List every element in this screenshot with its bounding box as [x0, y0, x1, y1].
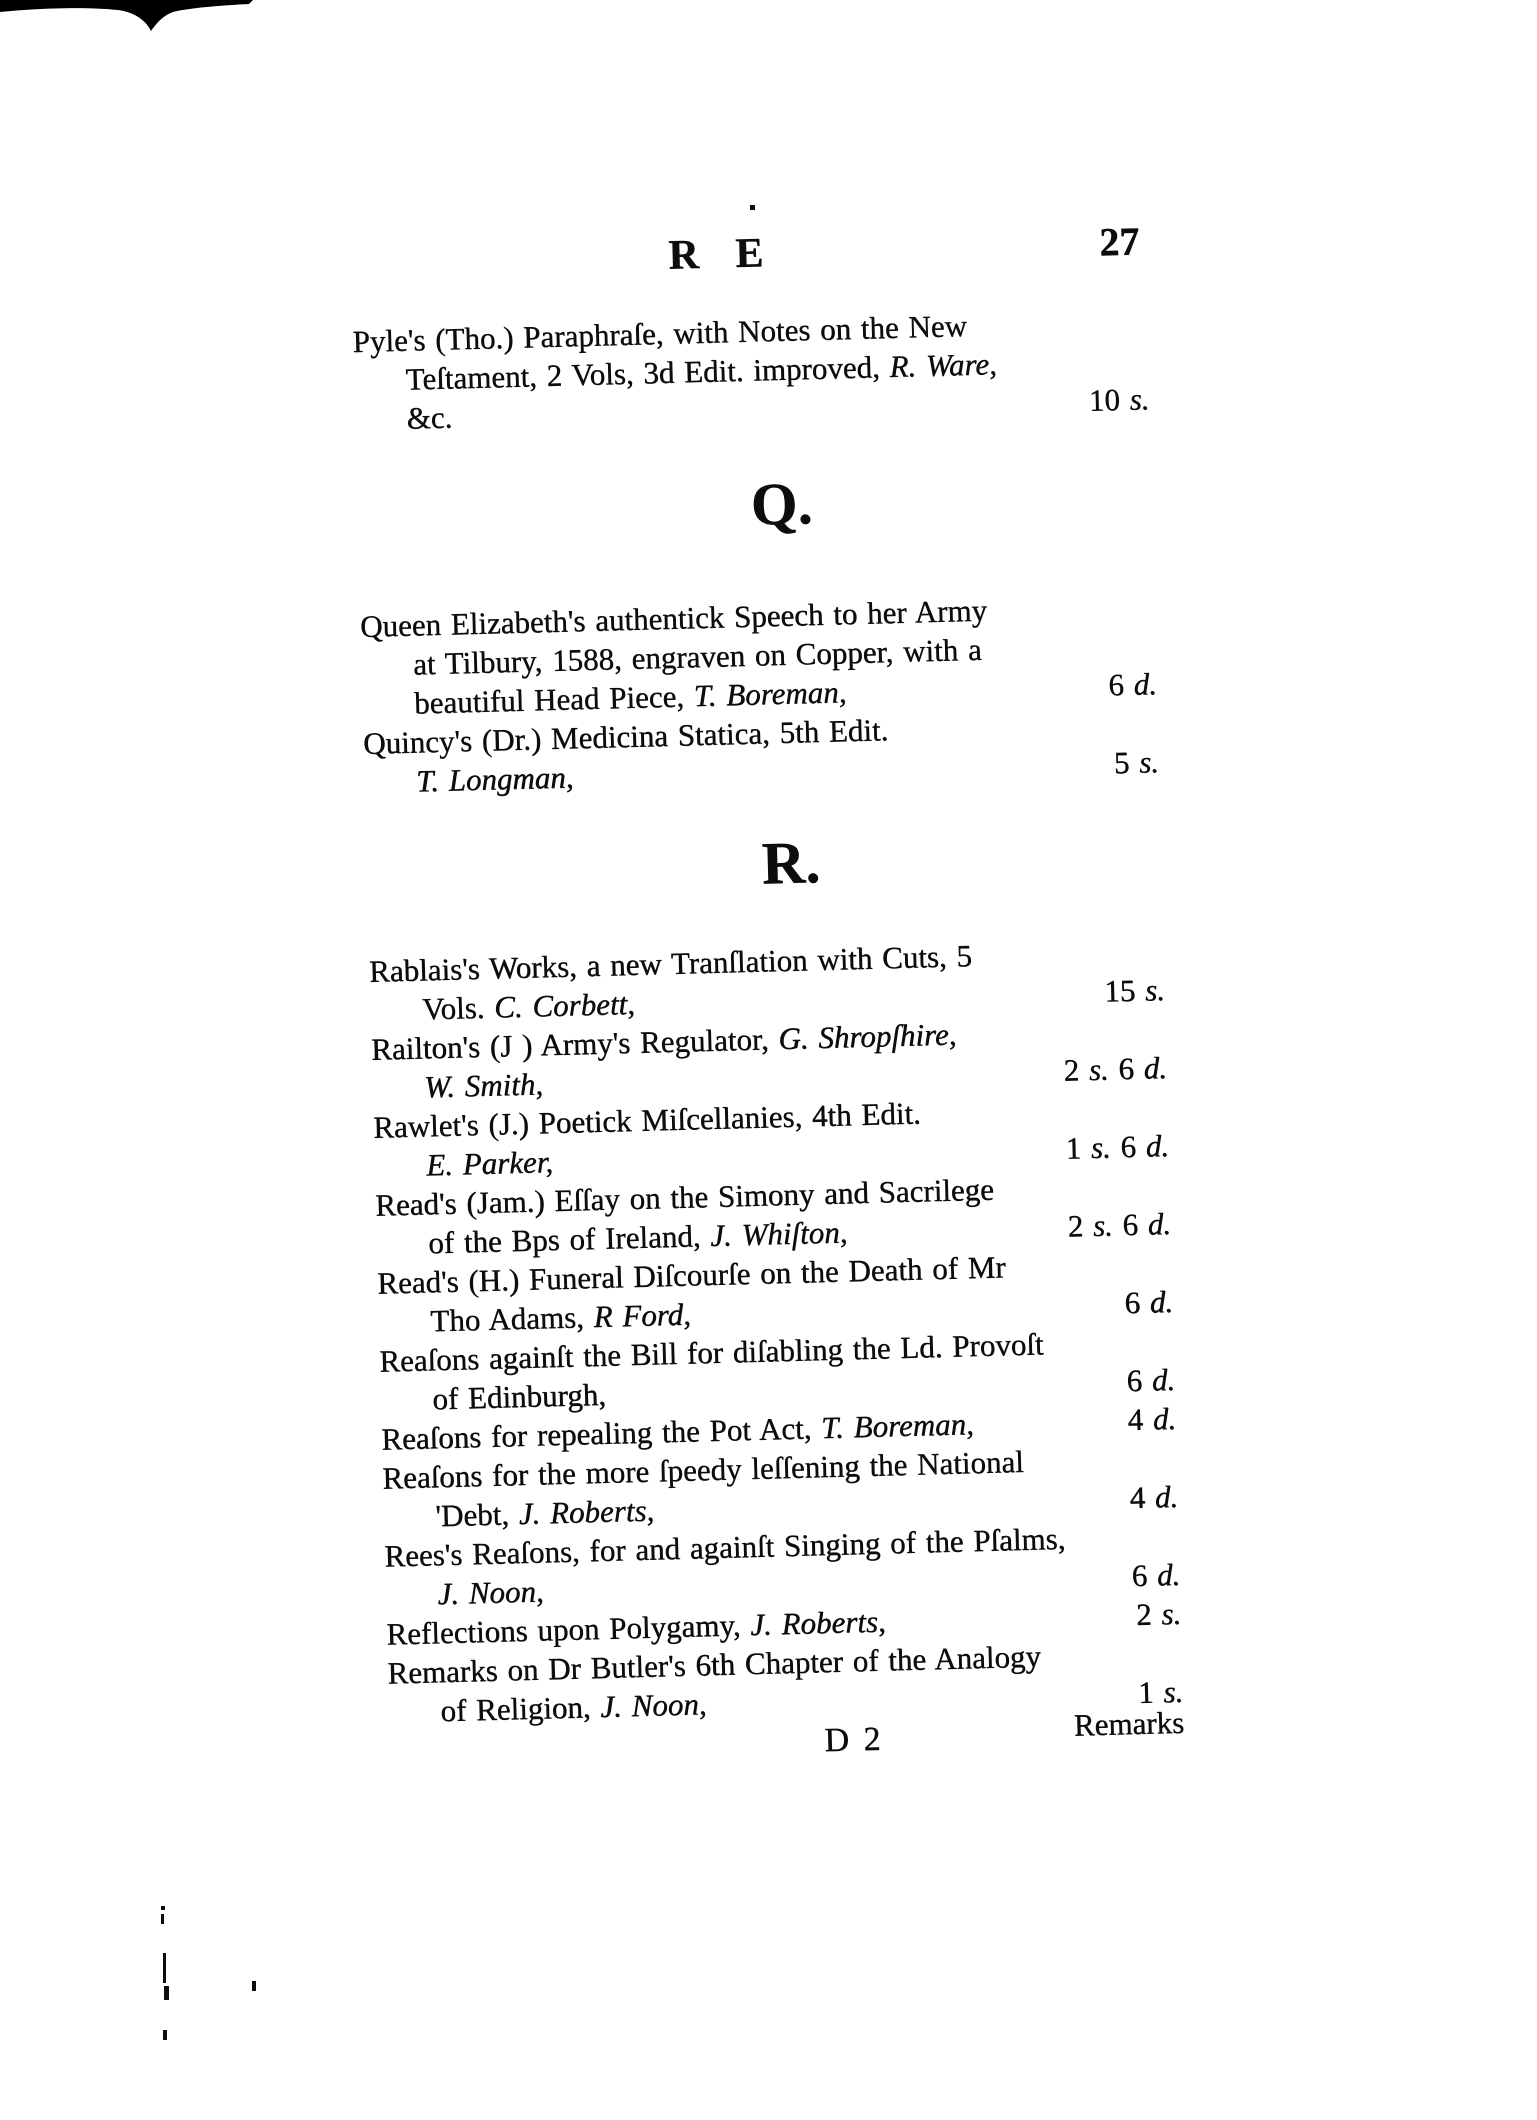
entry-text: &c.	[406, 399, 453, 435]
price-number: 5	[1113, 745, 1129, 780]
scan-speck	[750, 205, 755, 210]
signature-mark: D 2	[824, 1721, 884, 1761]
price-unit: s.	[1119, 381, 1149, 417]
page-number: 27	[1099, 219, 1140, 264]
price-unit: s.	[1135, 972, 1165, 1008]
price-number: 6	[1131, 1558, 1147, 1593]
price-unit: s.	[1083, 1207, 1123, 1243]
price-number: 10	[1088, 382, 1120, 418]
publisher-name: R Ford,	[593, 1296, 691, 1334]
price-number: 4	[1127, 1402, 1143, 1437]
entry-text: of the Bps of Ireland,	[428, 1218, 711, 1260]
price-unit: d.	[1142, 1362, 1176, 1398]
entries-r: Rablais's Works, a new Tranſlation with …	[369, 931, 1184, 1732]
price-unit: d.	[1147, 1557, 1181, 1593]
price: 2 s.	[1136, 1594, 1182, 1634]
price-unit: d.	[1138, 1206, 1172, 1242]
section-q: Q. Queen Elizabeth's authentick Speech t…	[356, 458, 1159, 802]
scanned-page: R E 27 Pyle's (Tho.) Paraphraſe, with No…	[0, 0, 1537, 2120]
catalog-entry: Pyle's (Tho.) Paraphraſe, with Notes on …	[352, 301, 1150, 439]
price: 15 s.	[1104, 970, 1166, 1011]
price: 2 s. 6 d.	[1067, 1204, 1171, 1246]
price-number: 6	[1122, 1207, 1138, 1242]
publisher-name: E. Parker,	[426, 1144, 554, 1182]
price-unit: s.	[1129, 744, 1159, 780]
entry-text: of Religion,	[440, 1689, 601, 1728]
price-number: 1	[1065, 1130, 1081, 1165]
price-unit: d.	[1133, 1050, 1167, 1086]
publisher-name: J. Roberts,	[750, 1603, 886, 1642]
scan-speck	[164, 1986, 169, 2000]
price-number: 2	[1136, 1596, 1152, 1631]
publisher-name: J. Noon,	[437, 1573, 544, 1611]
publisher-name: J. Noon,	[600, 1686, 707, 1724]
price-number: 6	[1118, 1051, 1134, 1086]
price: 5 s.	[1113, 742, 1159, 782]
section-r: R. Rablais's Works, a new Tranſlation wi…	[366, 817, 1184, 1732]
price-number: 6	[1126, 1363, 1142, 1398]
ink-blot-artifact	[0, 0, 256, 34]
scan-speck	[161, 1906, 165, 1910]
price-number: 2	[1067, 1208, 1083, 1243]
publisher-name: W. Smith,	[424, 1066, 544, 1104]
scan-speck	[252, 1981, 256, 1991]
entry-text: of Edinburgh,	[432, 1377, 606, 1417]
price-unit: d.	[1145, 1479, 1179, 1515]
price-unit: s.	[1081, 1129, 1121, 1165]
publisher-name: G. Shropſhire,	[778, 1016, 957, 1056]
price: 4 d.	[1129, 1477, 1179, 1517]
price-unit: s.	[1151, 1596, 1181, 1632]
publisher-name: T. Boreman,	[693, 674, 847, 713]
price-unit: d.	[1143, 1401, 1177, 1437]
publisher-name: R. Ware,	[889, 346, 997, 384]
catalog-entry: Queen Elizabeth's authentick Speech to h…	[360, 586, 1158, 724]
text-block: R E 27 Pyle's (Tho.) Paraphraſe, with No…	[350, 221, 1185, 1783]
entries-p: Pyle's (Tho.) Paraphraſe, with Notes on …	[352, 301, 1150, 439]
scan-speck	[163, 2030, 167, 2040]
catchword: Remarks	[1073, 1705, 1184, 1744]
entry-text: beautiful Head Piece,	[414, 678, 695, 720]
scan-speck	[161, 1914, 164, 1924]
section-p: Pyle's (Tho.) Paraphraſe, with Notes on …	[352, 301, 1150, 439]
scan-speck	[163, 1953, 166, 1983]
price-number: 6	[1108, 667, 1124, 702]
price-number: 6	[1124, 1285, 1140, 1320]
section-heading-q: Q.	[356, 458, 1153, 551]
publisher-name: J. Whiſton,	[710, 1214, 848, 1253]
price: 6 d.	[1126, 1360, 1176, 1400]
entries-q: Queen Elizabeth's authentick Speech to h…	[360, 586, 1160, 802]
price: 6 d.	[1124, 1282, 1174, 1322]
price-unit: d.	[1140, 1284, 1174, 1320]
running-header: R E	[668, 231, 777, 278]
price-unit: s.	[1079, 1051, 1119, 1087]
price-number: 4	[1129, 1480, 1145, 1515]
section-heading-r: R.	[366, 817, 1163, 910]
price-number: 15	[1104, 973, 1136, 1009]
publisher-name: T. Boreman,	[821, 1406, 975, 1445]
price-unit: d.	[1123, 666, 1157, 702]
publisher-name: J. Roberts,	[518, 1492, 654, 1531]
price-number: 6	[1120, 1129, 1136, 1164]
running-header-row: R E 27	[350, 221, 1146, 288]
price-number: 2	[1063, 1052, 1079, 1087]
entry-text: Tho Adams,	[430, 1299, 594, 1338]
publisher-name: T. Longman,	[416, 759, 574, 798]
price-unit: d.	[1135, 1128, 1169, 1164]
price: 1 s. 6 d.	[1065, 1126, 1169, 1168]
entry-text: 'Debt,	[435, 1496, 519, 1533]
price: 6 d.	[1131, 1555, 1181, 1595]
entry-text: Vols.	[422, 989, 495, 1026]
price: 4 d.	[1127, 1399, 1177, 1439]
price: 6 d.	[1108, 664, 1158, 704]
price: 10 s.	[1088, 379, 1150, 420]
price: 2 s. 6 d.	[1063, 1048, 1167, 1090]
publisher-name: C. Corbett,	[494, 986, 636, 1025]
